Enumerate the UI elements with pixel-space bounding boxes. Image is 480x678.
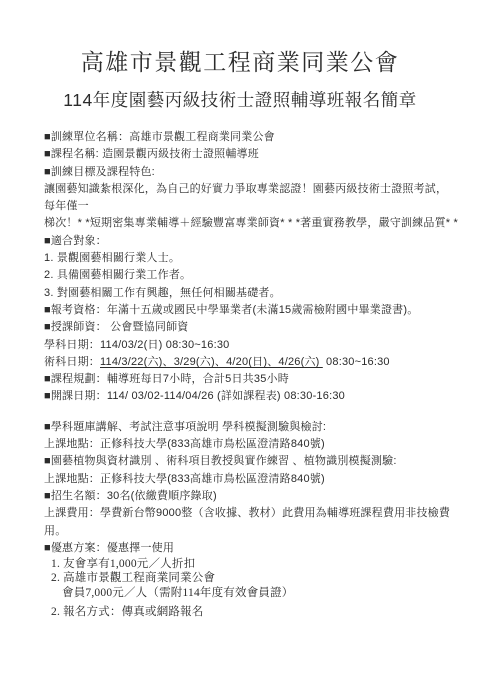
doc-line: 2. 報名方式：傳真或網路報名 bbox=[44, 605, 458, 619]
document-body: ■訓練單位名稱：高雄市景觀工程商業同業公會■課程名稱: 造園景觀丙級技術士證照輔… bbox=[0, 129, 480, 619]
doc-line: ■園藝植物與資材識別 、術科項目教授與實作練習 、植物識別模擬測驗: bbox=[44, 453, 458, 470]
doc-line: 1. 友會享有1,000元／人折扣 bbox=[44, 557, 458, 571]
doc-line: 上課地點：正修科技大學(833高雄市鳥松區澄清路840號) bbox=[44, 436, 458, 453]
doc-line: ■授課師資： 公會暨協同師資 bbox=[44, 319, 458, 336]
doc-line: 梯次！* *短期密集專業輔導＋經驗豐富專業師資* * *著重實務教學，嚴守訓練品… bbox=[44, 215, 458, 232]
text-segment: 術科日期： bbox=[44, 356, 100, 368]
doc-line: 讓園藝知識紮根深化，為自己的好實力爭取專業認證！園藝丙級技術士證照考試，每年僅一 bbox=[44, 181, 458, 216]
text-segment: 08:30~16:30 bbox=[323, 356, 390, 368]
doc-line: ■訓練單位名稱：高雄市景觀工程商業同業公會 bbox=[44, 129, 458, 146]
doc-line: 上課費用：學費新台幣9000整（含收據、教材）此費用為輔導班課程費用非技檢費用。 bbox=[44, 505, 458, 540]
doc-line: 1. 景觀園藝相關行業人士。 bbox=[44, 250, 458, 267]
doc-line: 2. 高雄市景觀工程商業同業公會 bbox=[44, 571, 458, 585]
doc-line: ■課程名稱: 造園景觀丙級技術士證照輔導班 bbox=[44, 146, 458, 163]
doc-line: 術科日期：114/3/22(六)、3/29(六)、4/20(日)、4/26(六)… bbox=[44, 354, 458, 371]
doc-line: 上課地點：正修科技大學(833高雄市鳥松區澄清路840號) bbox=[44, 471, 458, 488]
document-subtitle: 114年度園藝丙級技術士證照輔導班報名簡章 bbox=[0, 87, 480, 112]
doc-line: ■招生名額：30名(依繳費順序錄取) bbox=[44, 488, 458, 505]
doc-line: ■課程規劃：輔導班每日7小時，合計5日共35小時 bbox=[44, 371, 458, 388]
document-title: 高雄市景觀工程商業同業公會 bbox=[0, 44, 480, 77]
doc-line: ■優惠方案：優惠擇一使用 bbox=[44, 540, 458, 557]
doc-line: ■適合對象： bbox=[44, 233, 458, 250]
doc-line: 會員7,000元／人（需附114年度有效會員證） bbox=[44, 586, 458, 600]
doc-line: 3. 對園藝相關工作有興趣，無任何相關基礎者。 bbox=[44, 285, 458, 302]
doc-line: ■開課日期：114/ 03/02-114/04/26 (詳如課程表) 08:30… bbox=[44, 388, 458, 405]
blank-line bbox=[44, 406, 458, 419]
doc-line: 學科日期：114/03/2(日) 08:30~16:30 bbox=[44, 337, 458, 354]
doc-line: 2. 具備園藝相關行業工作者。 bbox=[44, 267, 458, 284]
document-page: 高雄市景觀工程商業同業公會 114年度園藝丙級技術士證照輔導班報名簡章 ■訓練單… bbox=[0, 0, 480, 678]
doc-line: ■訓練目標及課程特色: bbox=[44, 164, 458, 181]
doc-line: ■報考資格：年滿十五歲或國民中學畢業者(未滿15歲需檢附國中畢業證書)。 bbox=[44, 302, 458, 319]
doc-line: ■學科題庫講解、考試注意事項說明 學科模擬測驗與檢討: bbox=[44, 419, 458, 436]
underlined-dates: 114/3/22(六)、3/29(六)、4/20(日)、4/26(六) bbox=[100, 356, 323, 368]
